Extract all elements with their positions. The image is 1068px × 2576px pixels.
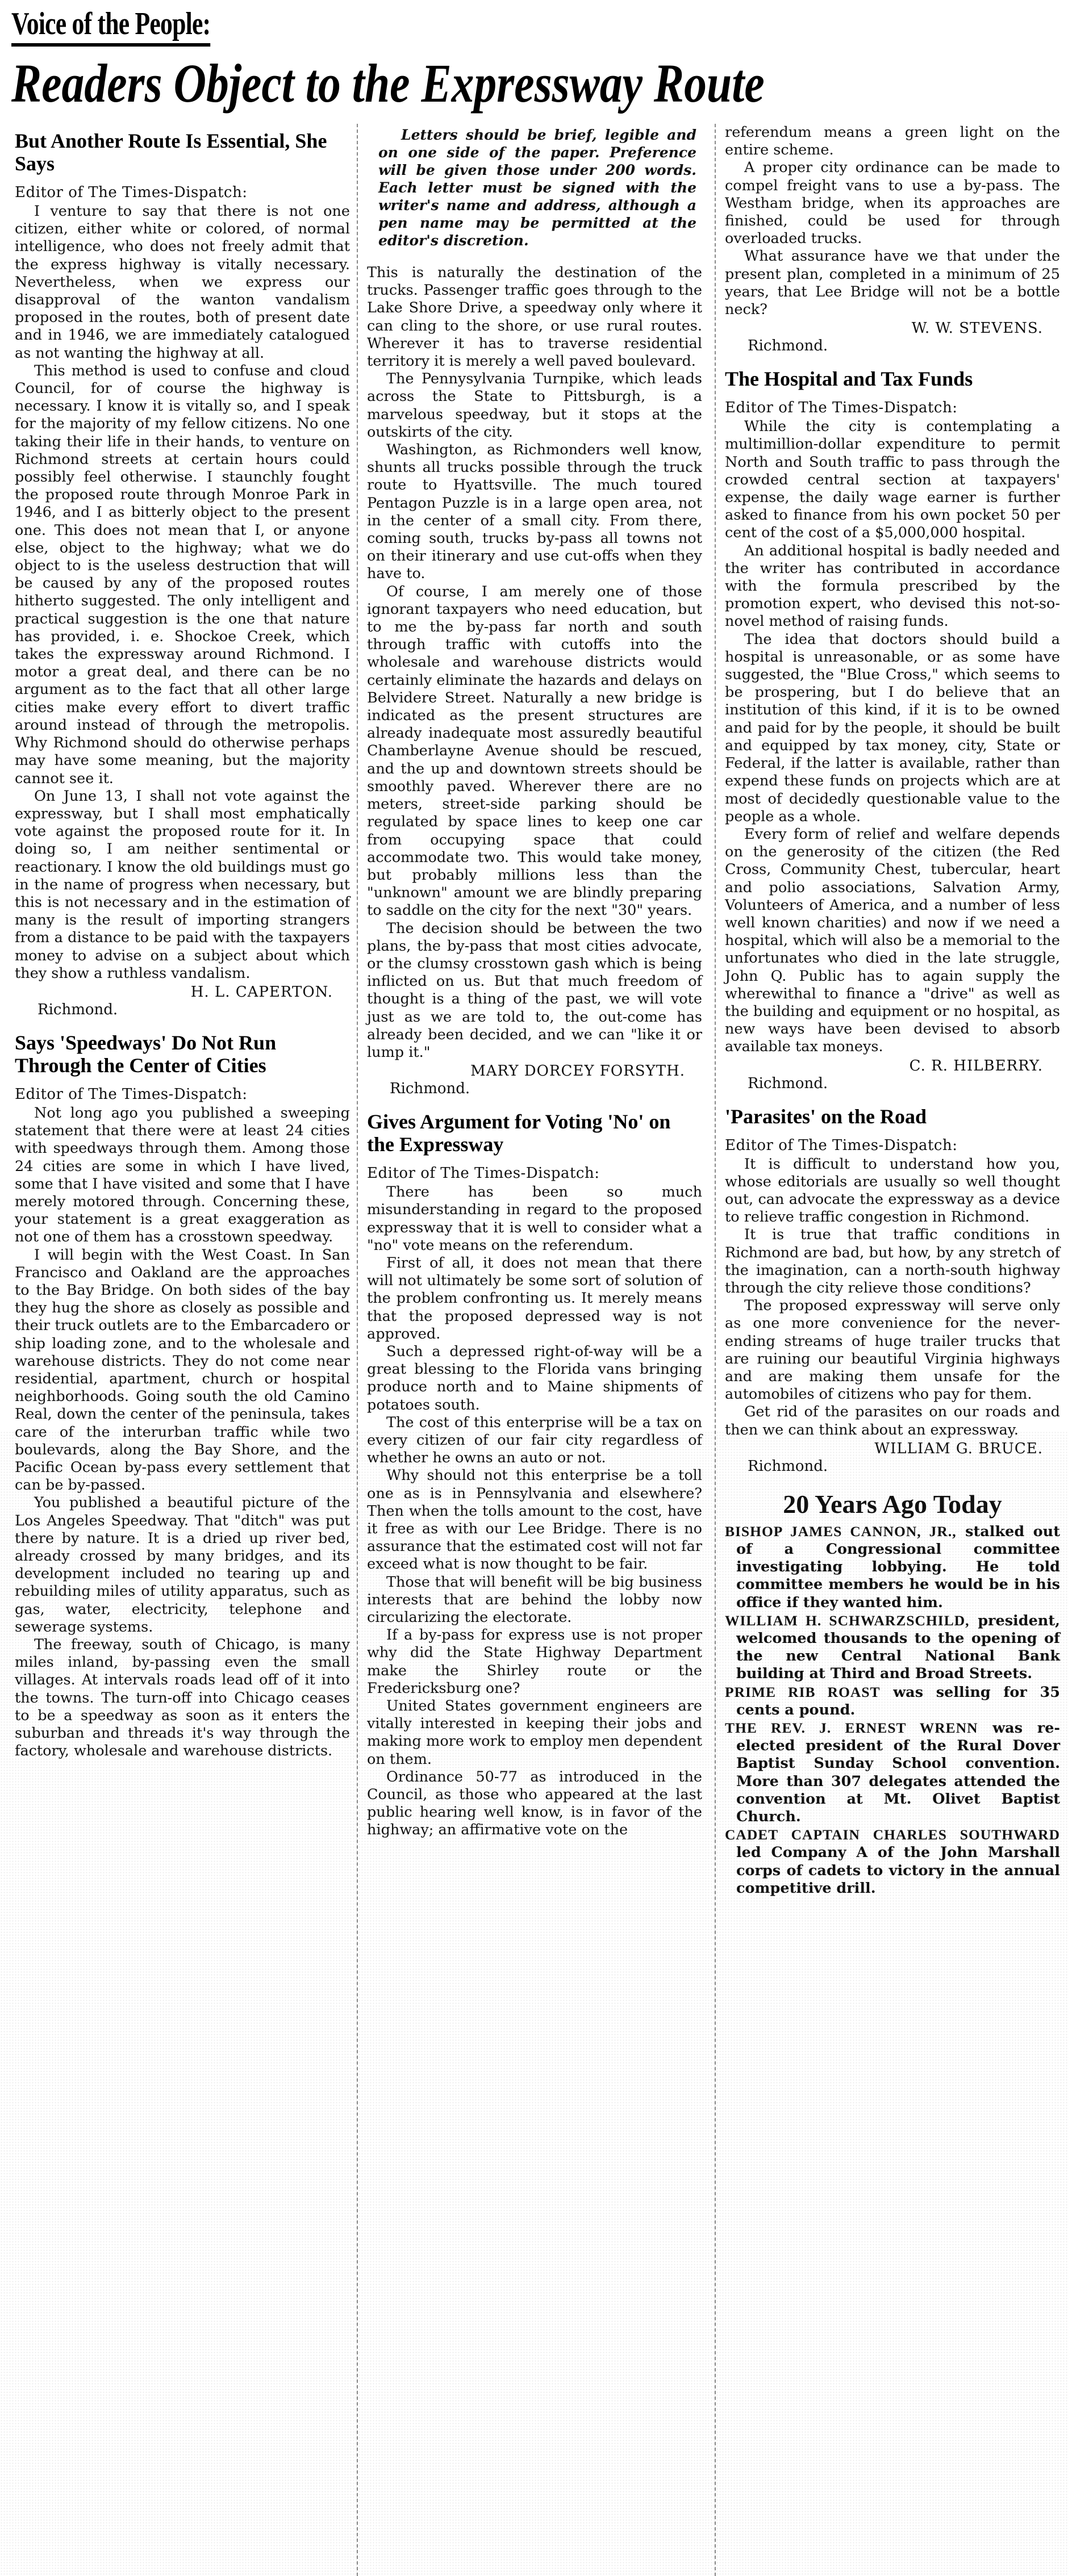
- letter-headline: Gives Argument for Voting 'No' on the Ex…: [367, 1110, 702, 1156]
- twenty-years-ago-item: CADET CAPTAIN CHARLES SOUTHWARD led Comp…: [725, 1826, 1060, 1897]
- letter-paragraph: referendum means a green light on the en…: [725, 124, 1060, 159]
- letter-paragraph: Washington, as Richmonders well know, sh…: [367, 441, 702, 583]
- letter-paragraph: The idea that doctors should build a hos…: [725, 631, 1060, 826]
- letter-paragraph: What assurance have we that under the pr…: [725, 248, 1060, 319]
- letter-paragraph: It is true that traffic conditions in Ri…: [725, 1226, 1060, 1297]
- letter-paragraph: Those that will benefit will be big busi…: [367, 1574, 702, 1627]
- letter-paragraph: Of course, I am merely one of those igno…: [367, 583, 702, 920]
- letter-paragraph: The proposed expressway will serve only …: [725, 1297, 1060, 1403]
- letter-paragraph: United States government engineers are v…: [367, 1697, 702, 1768]
- letter-paragraph: An additional hospital is badly needed a…: [725, 542, 1060, 631]
- column-divider: [357, 124, 358, 2576]
- letter-paragraph: The Pennysylvania Turnpike, which leads …: [367, 370, 702, 441]
- letter-paragraph: The decision should be between the two p…: [367, 920, 702, 1062]
- letter-salutation: Editor of The Times-Dispatch:: [15, 1086, 350, 1103]
- letter-signature: W. W. STEVENS.: [725, 320, 1043, 337]
- letter-paragraph: The cost of this enterprise will be a ta…: [367, 1414, 702, 1467]
- letter-signature: MARY DORCEY FORSYTH.: [367, 1063, 685, 1080]
- column-2: Letters should be brief, legible and on …: [367, 124, 702, 1839]
- letter-paragraph: Not long ago you published a sweeping st…: [15, 1105, 350, 1247]
- letter-location: Richmond.: [390, 1080, 702, 1098]
- page-headline: Readers Object to the Expressway Route: [11, 52, 765, 115]
- column-3: referendum means a green light on the en…: [725, 124, 1060, 1897]
- letter-location: Richmond.: [748, 1458, 1060, 1475]
- twenty-years-ago-item: WILLIAM H. SCHWARZSCHILD, president, wel…: [725, 1612, 1060, 1683]
- letter-paragraph: Every form of relief and welfare depends…: [725, 826, 1060, 1056]
- twenty-years-ago-item: PRIME RIB ROAST was selling for 35 cents…: [725, 1683, 1060, 1719]
- letters-policy-note: Letters should be brief, legible and on …: [378, 126, 696, 249]
- section-kicker: Voice of the People:: [11, 6, 210, 47]
- item-lead: THE REV. J. ERNEST WRENN: [725, 1720, 978, 1736]
- letter-paragraph: A proper city ordinance can be made to c…: [725, 159, 1060, 248]
- letter-headline: The Hospital and Tax Funds: [725, 367, 1060, 390]
- letter-location: Richmond.: [748, 337, 1060, 355]
- item-lead: CADET CAPTAIN CHARLES SOUTHWARD: [725, 1826, 1060, 1843]
- letter-signature: H. L. CAPERTON.: [15, 984, 333, 1001]
- item-text: led Company A of the John Marshall corps…: [736, 1844, 1060, 1896]
- letter-paragraph: Ordinance 50-77 as introduced in the Cou…: [367, 1768, 702, 1839]
- letter-paragraph: First of all, it does not mean that ther…: [367, 1254, 702, 1343]
- letter-paragraph: Why should not this enterprise be a toll…: [367, 1467, 702, 1573]
- letter-headline: Says 'Speedways' Do Not Run Through the …: [15, 1031, 350, 1077]
- letter-paragraph: You published a beautiful picture of the…: [15, 1494, 350, 1636]
- twenty-years-ago-item: THE REV. J. ERNEST WRENN was re-elected …: [725, 1719, 1060, 1826]
- newspaper-page: Voice of the People: Readers Object to t…: [0, 0, 1068, 2576]
- letter-signature: C. R. HILBERRY.: [725, 1057, 1043, 1075]
- letter-paragraph: There has been so much misunderstanding …: [367, 1184, 702, 1254]
- item-lead: WILLIAM H. SCHWARZSCHILD,: [725, 1612, 970, 1629]
- column-divider: [715, 124, 716, 2576]
- letter-paragraph: This method is used to confuse and cloud…: [15, 362, 350, 788]
- letter-paragraph: The freeway, south of Chicago, is many m…: [15, 1636, 350, 1760]
- letter-salutation: Editor of The Times-Dispatch:: [725, 1137, 1060, 1155]
- letter-paragraph: I venture to say that there is not one c…: [15, 203, 350, 362]
- letter-location: Richmond.: [748, 1075, 1060, 1093]
- letter-location: Richmond.: [37, 1001, 350, 1019]
- item-lead: BISHOP JAMES CANNON, JR.,: [725, 1523, 957, 1540]
- letter-paragraph: If a by-pass for express use is not prop…: [367, 1626, 702, 1697]
- letter-salutation: Editor of The Times-Dispatch:: [367, 1165, 702, 1182]
- letter-paragraph: While the city is contemplating a multim…: [725, 418, 1060, 542]
- letter-salutation: Editor of The Times-Dispatch:: [15, 184, 350, 202]
- letter-paragraph: It is difficult to understand how you, w…: [725, 1156, 1060, 1227]
- letter-paragraph: Get rid of the parasites on our roads an…: [725, 1403, 1060, 1438]
- letter-paragraph: Such a depressed right-of-way will be a …: [367, 1343, 702, 1414]
- letter-paragraph: I will begin with the West Coast. In San…: [15, 1247, 350, 1495]
- twenty-years-ago-heading: 20 Years Ago Today: [725, 1489, 1060, 1519]
- letter-signature: WILLIAM G. BRUCE.: [725, 1440, 1043, 1458]
- item-lead: PRIME RIB ROAST: [725, 1684, 881, 1700]
- twenty-years-ago-item: BISHOP JAMES CANNON, JR., stalked out of…: [725, 1523, 1060, 1612]
- letter-paragraph: On June 13, I shall not vote against the…: [15, 788, 350, 982]
- column-1: But Another Route Is Essential, She Says…: [15, 124, 350, 1760]
- letter-headline: 'Parasites' on the Road: [725, 1105, 1060, 1128]
- letter-paragraph: This is naturally the destination of the…: [367, 264, 702, 370]
- letter-salutation: Editor of The Times-Dispatch:: [725, 399, 1060, 417]
- letter-headline: But Another Route Is Essential, She Says: [15, 129, 350, 175]
